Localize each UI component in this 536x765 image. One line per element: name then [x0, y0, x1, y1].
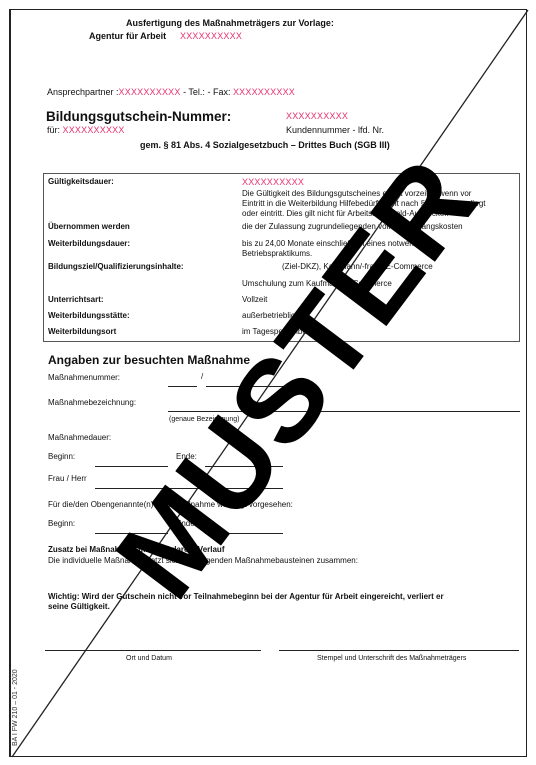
measure-name-label: Maßnahmebezeichnung: — [48, 398, 136, 407]
for-label: für: — [47, 125, 60, 135]
person-label: Frau / Herr — [48, 474, 87, 483]
measure-duration-label: Maßnahmedauer: — [48, 433, 111, 442]
place-date-label: Ort und Datum — [126, 655, 172, 662]
duration-label: Weiterbildungsdauer: — [48, 239, 130, 248]
goal-label: Bildungsziel/Qualifizierungsinhalte: — [48, 262, 184, 271]
agency-label: Agentur für Arbeit — [89, 31, 166, 41]
location-label: Weiterbildungsort — [48, 327, 116, 336]
tel-label: - Tel.: — [183, 87, 205, 97]
copy-note: Ausfertigung des Maßnahmeträgers zur Vor… — [126, 18, 334, 28]
contact-label: Ansprechpartner : — [47, 87, 119, 97]
validity-value: XXXXXXXXXX — [242, 177, 304, 187]
contact-value: XXXXXXXXXX — [119, 87, 181, 97]
form-code: BA I FW 210 – 01 - 2020 — [12, 669, 19, 746]
fax-label: - Fax: — [207, 87, 230, 97]
place-type-label: Weiterbildungsstätte: — [48, 311, 130, 320]
teaching-label: Unterrichtsart: — [48, 295, 104, 304]
voucher-title: Bildungsgutschein-Nummer: — [46, 109, 231, 124]
stamp-signature-label: Stempel und Unterschrift des Maßnahmeträ… — [317, 655, 466, 662]
validity-label: Gültigkeitsdauer: — [48, 177, 114, 186]
participation-start-label: Beginn: — [48, 519, 75, 528]
measure-heading: Angaben zur besuchten Maßnahme — [48, 353, 250, 367]
stamp-signature-field[interactable] — [279, 650, 519, 651]
teaching-value: Vollzeit — [242, 295, 267, 304]
for-line: für: XXXXXXXXXX — [47, 125, 125, 135]
voucher-number: XXXXXXXXXX — [286, 111, 348, 121]
fax-value: XXXXXXXXXX — [233, 87, 295, 97]
contact-line: Ansprechpartner :XXXXXXXXXX - Tel.: - Fa… — [47, 87, 295, 97]
important-note-2: seine Gültigkeit. — [48, 602, 110, 611]
place-date-field[interactable] — [45, 650, 261, 651]
legal-basis: gem. § 81 Abs. 4 Sozialgesetzbuch – Drit… — [140, 140, 390, 150]
measure-number-separator: / — [201, 372, 203, 381]
measure-number-field-1[interactable] — [168, 386, 197, 387]
duration-value-2: Betriebspraktikums. — [242, 249, 312, 258]
agency-value: XXXXXXXXXX — [180, 31, 242, 41]
measure-start-label: Beginn: — [48, 452, 75, 461]
costs-label: Übernommen werden — [48, 222, 130, 231]
for-value: XXXXXXXXXX — [63, 125, 125, 135]
customer-number-label: Kundennummer - lfd. Nr. — [286, 125, 384, 135]
important-note-1: Wichtig: Wird der Gutschein nicht vor Te… — [48, 592, 444, 601]
measure-number-label: Maßnahmenummer: — [48, 373, 120, 382]
